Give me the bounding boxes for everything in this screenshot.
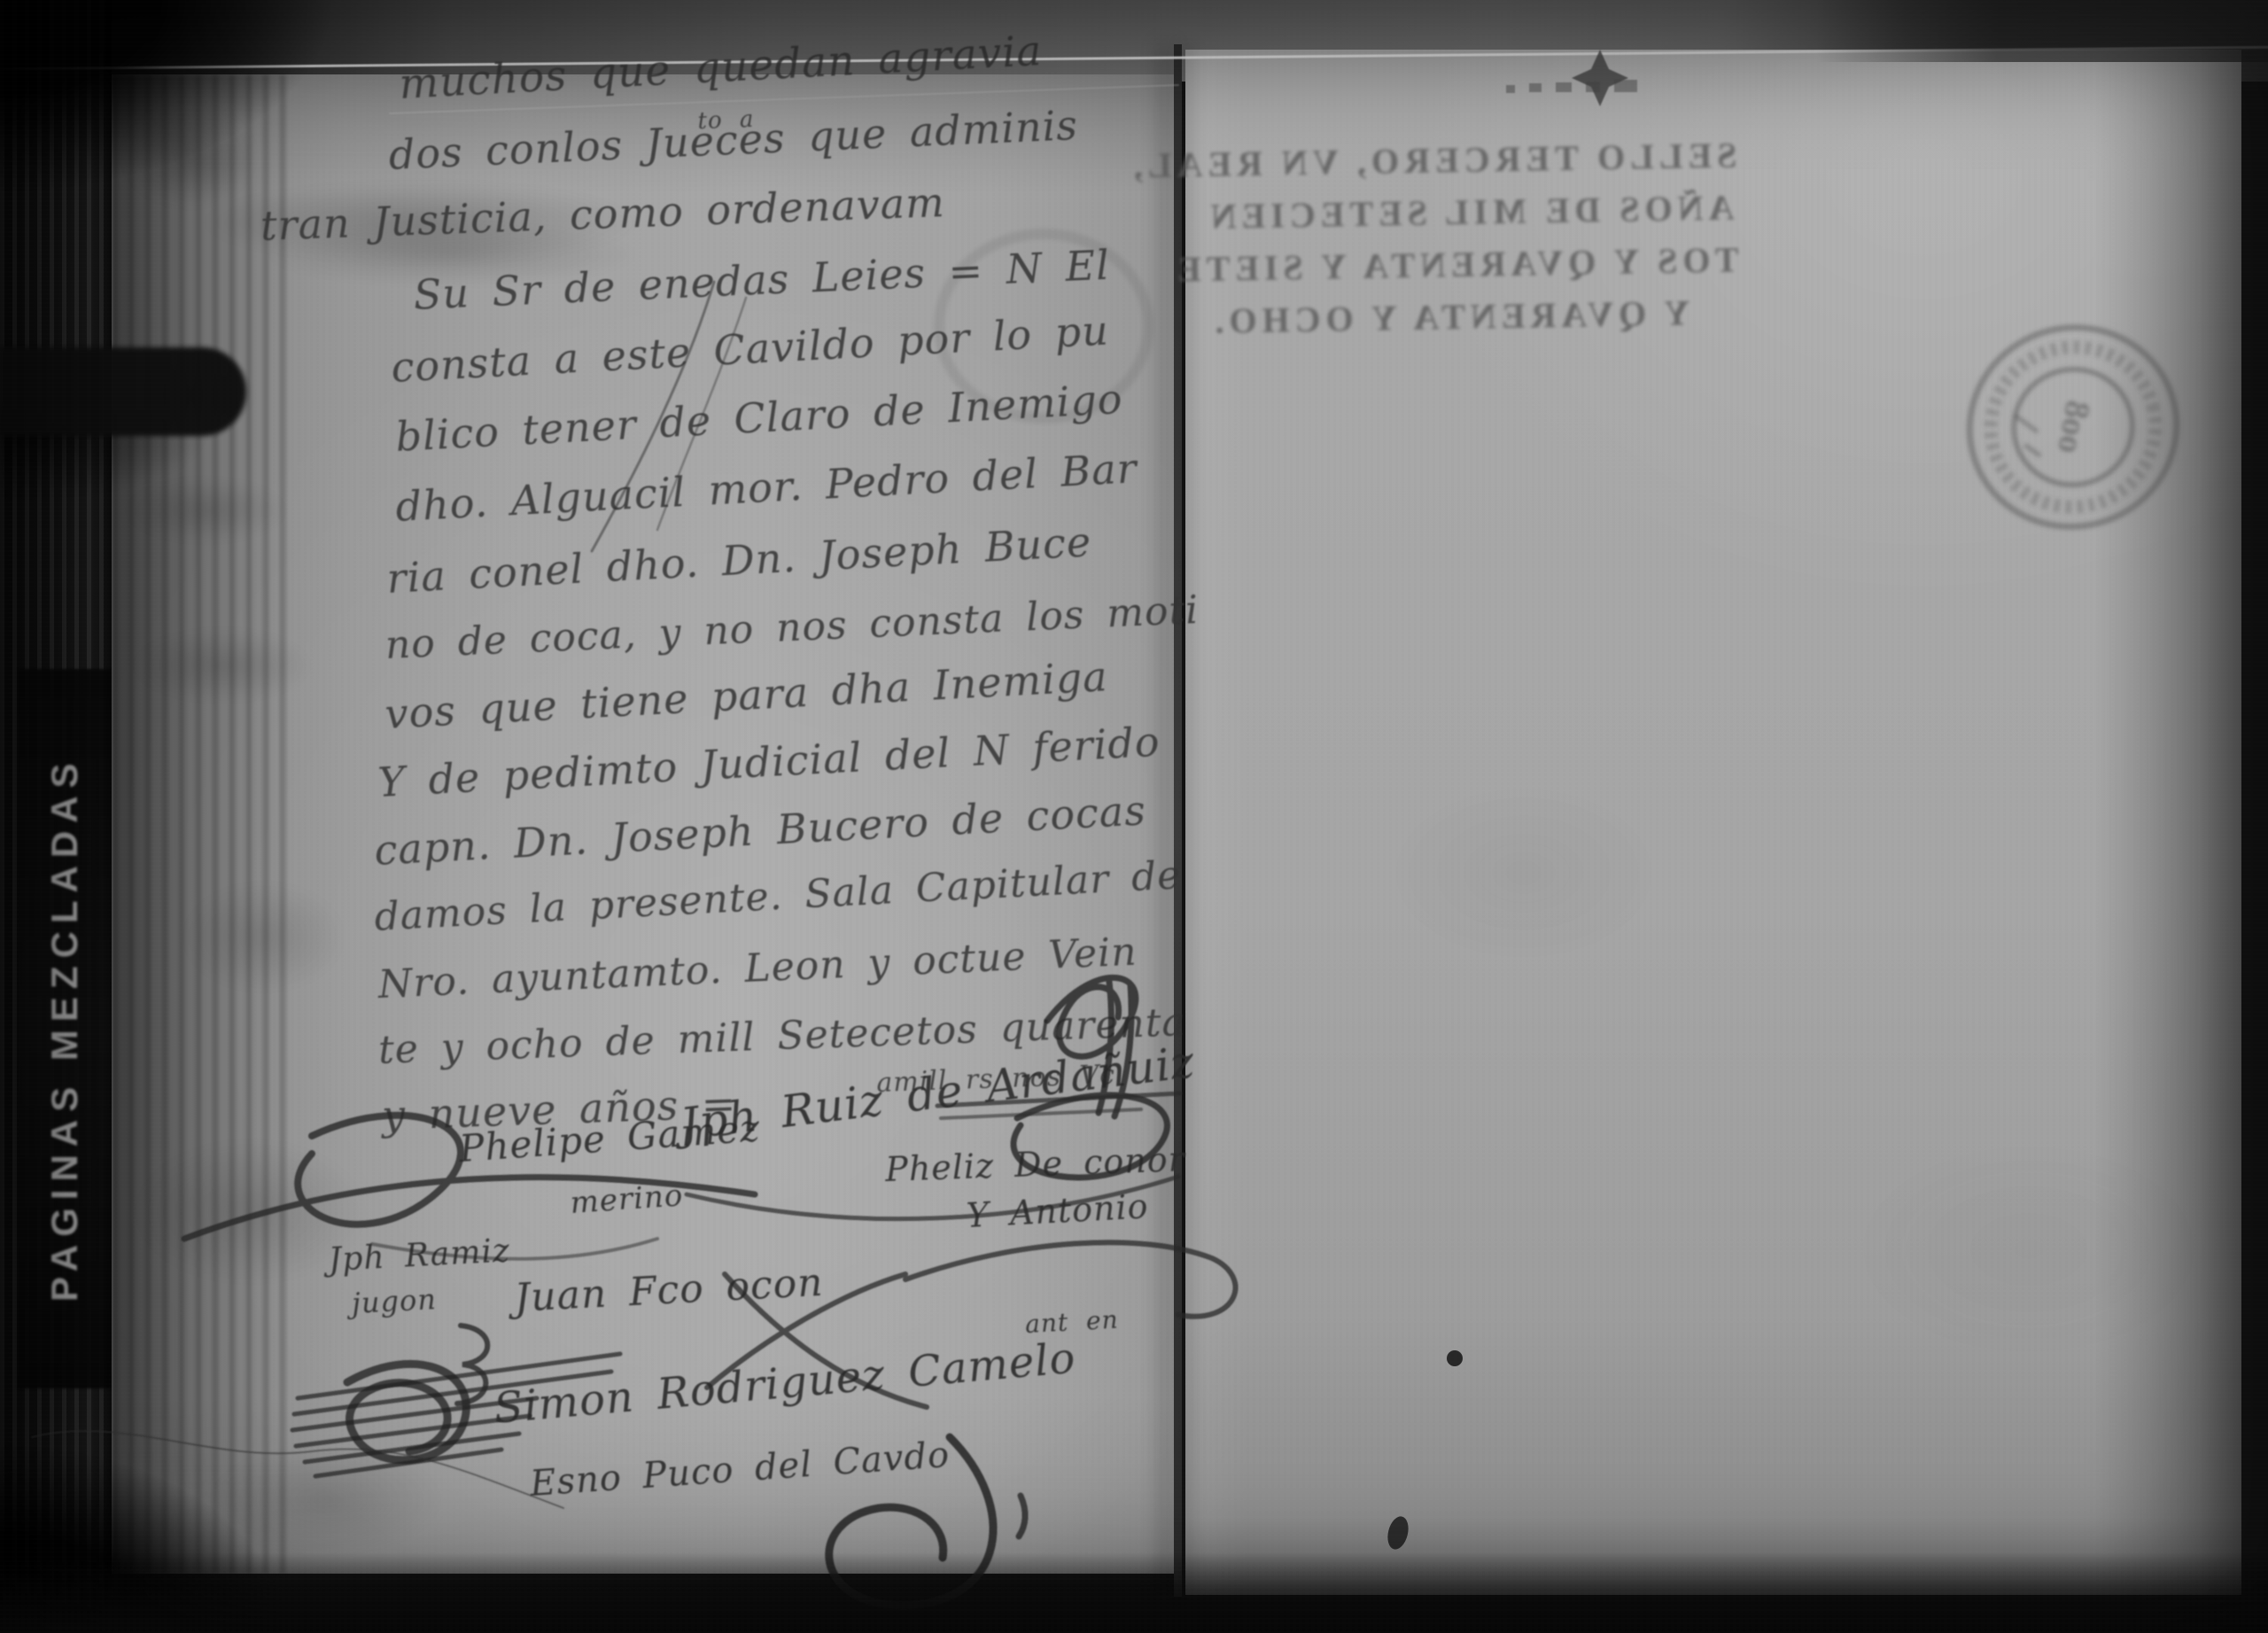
dark-corner bbox=[1816, 0, 2268, 62]
signature-flourish bbox=[184, 1116, 755, 1259]
stamp-center-text: 8oo bbox=[2050, 398, 2099, 457]
circular-stamp: 8oo bbox=[1947, 305, 2199, 550]
signature-rubric bbox=[1014, 977, 1167, 1177]
cross-mark bbox=[1572, 50, 1628, 106]
dark-corner bbox=[0, 0, 461, 266]
pen-scratch bbox=[592, 282, 746, 551]
pen-cross-strokes bbox=[707, 1242, 1235, 1407]
ink-dot bbox=[1447, 1350, 1463, 1366]
signature-underline bbox=[687, 1177, 1178, 1219]
ink-dot bbox=[1385, 1514, 1412, 1551]
smudge-marks bbox=[1506, 80, 1637, 93]
microfilm-scan: PAGINAS MEZCLADAS muchos que quedan agra… bbox=[0, 0, 2268, 1633]
faint-stamp-ring bbox=[939, 234, 1148, 418]
binding-clip bbox=[0, 347, 246, 436]
bottom-shadow bbox=[0, 1552, 2268, 1633]
page-top-edge bbox=[390, 85, 1178, 113]
apostrophe-mark bbox=[1019, 1496, 1025, 1536]
